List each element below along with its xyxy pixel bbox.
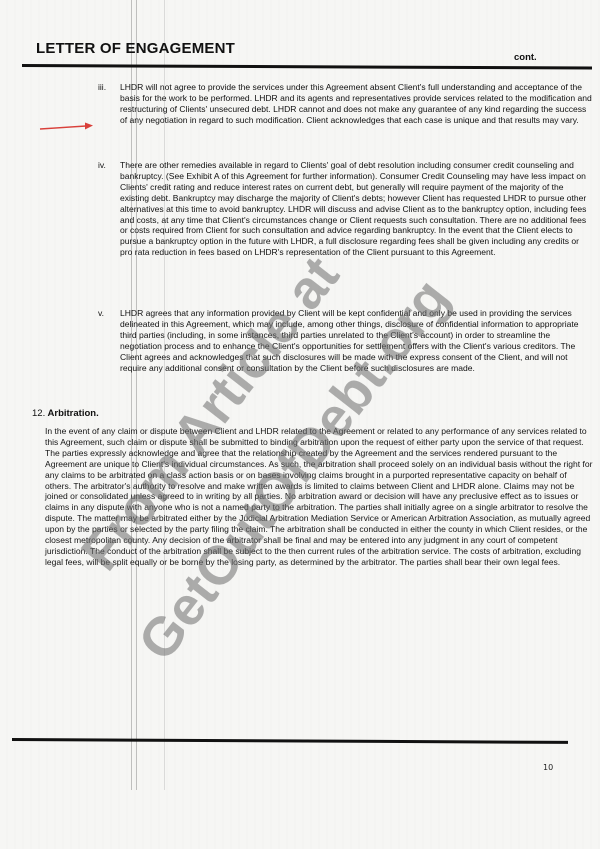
header-rule: [22, 64, 592, 69]
document-page: LETTER OF ENGAGEMENT cont. iii. LHDR wil…: [0, 0, 600, 849]
item-text: There are other remedies available in re…: [120, 160, 592, 258]
list-item-iv: iv. There are other remedies available i…: [98, 160, 592, 258]
document-title: LETTER OF ENGAGEMENT: [36, 40, 235, 57]
list-item-iii: iii. LHDR will not agree to provide the …: [98, 82, 592, 126]
item-text: LHDR will not agree to provide the servi…: [120, 82, 592, 126]
page-number: 10: [543, 763, 553, 772]
red-arrow-icon: [38, 121, 94, 133]
section-title: Arbitration.: [48, 408, 99, 419]
item-text: LHDR agrees that any information provide…: [120, 308, 592, 373]
continued-label: cont.: [514, 52, 537, 63]
arbitration-paragraph: In the event of any claim or dispute bet…: [45, 426, 593, 568]
section-number: 12.: [32, 408, 45, 419]
list-item-v: v. LHDR agrees that any information prov…: [98, 308, 592, 373]
item-numeral: iii.: [98, 82, 118, 93]
footer-rule: [12, 738, 568, 744]
item-numeral: v.: [98, 308, 118, 319]
item-numeral: iv.: [98, 160, 118, 171]
section-heading: 12. Arbitration.: [32, 408, 99, 419]
